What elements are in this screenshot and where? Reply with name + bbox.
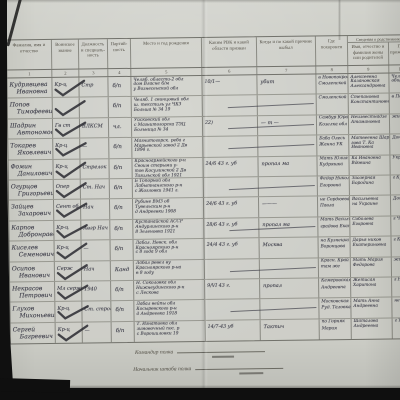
cell-party: б/п — [111, 301, 134, 321]
cell-relatives: Дарья никовЕкатериновна — [350, 237, 391, 257]
cell-burial-place: Московская РусьРуд. Таловка — [319, 298, 351, 318]
birthplace-line: с Лескова — [134, 291, 204, 297]
column-header-4: Партий- ность — [108, 39, 131, 68]
name-line-1: Огурцов — [9, 180, 53, 191]
cell-relatives-address: Укр — [390, 155, 400, 175]
address-line: Донб — [391, 196, 400, 203]
cell-name: ШадринАвтономович — [8, 119, 53, 139]
cell-party: б/п — [110, 220, 133, 240]
birthplace-line: с Жогловки 1941 г. — [133, 189, 203, 195]
drafted-by-text: 24/6 43 г. уб — [203, 157, 257, 167]
pencil-checkmark — [53, 100, 90, 119]
cell-birthplace: Лабал. Невск. облКрасноярского р-нс 8 го… — [134, 239, 205, 259]
cell-rank: Кр-ц — [53, 139, 80, 159]
name-line-2: Григорьевич — [9, 190, 53, 198]
loss-date-text: убит — [257, 74, 315, 85]
party-text: б/п — [111, 281, 133, 293]
cell-relatives-address: г Тер — [393, 318, 400, 339]
name-line-2: Семенович — [10, 251, 54, 259]
cell-party: б/п — [110, 179, 133, 199]
address-line: г Куз — [391, 175, 400, 182]
scanned-document-page: Фамилия, имя и отчествоВоинское званиеДо… — [0, 0, 400, 400]
cell-loss-date: Тактич — [261, 319, 320, 340]
cell-rank: Кр-ц — [56, 322, 83, 343]
name-line-2: Данилович — [9, 169, 53, 177]
cell-name: НекрасовПетрович — [10, 282, 55, 302]
cell-loss-date — [260, 299, 319, 319]
cell-loss-date: — т — — [258, 115, 317, 135]
relatives-line: Александровна — [349, 85, 389, 90]
cell-birthplace: Н. Соколовка облНижнеудинского р-нс Леск… — [134, 280, 205, 300]
cell-burial-place: Мать ЮлияКудряшка — [317, 156, 349, 176]
drafted-by-text: 9/VI 43 г. — [205, 279, 259, 289]
relatives-group-header: Сведения о родственникахИмя, отчество и … — [348, 35, 400, 65]
column-number-9: 9 — [348, 66, 389, 74]
column-header-8: Где похоронен — [316, 36, 348, 65]
burial-line: Мать Василия — [318, 217, 349, 224]
cell-party: б/п — [111, 240, 134, 260]
address-line: жив — [390, 114, 400, 121]
cell-relatives-address: жив — [390, 114, 400, 134]
cell-rank: Кр-ц — [55, 241, 82, 261]
burial-line: там же — [319, 264, 350, 271]
loss-date-text: ——— — [259, 197, 317, 208]
relatives-line: Константиновна — [349, 100, 389, 105]
name-line-2: Иванович — [10, 271, 54, 279]
cell-drafted-by: 24/6 43 г. уб — [203, 157, 258, 177]
name-line-2: Захарович — [9, 210, 53, 218]
cell-relatives: СтепановнаКонстантиновна — [349, 94, 390, 114]
cell-relatives-address: г Ко — [391, 236, 400, 256]
cell-loss-date — [260, 258, 319, 278]
cell-relatives-address: г Куз — [391, 175, 400, 195]
cell-relatives-address: г Чел — [391, 216, 400, 236]
name-line-2: Ивановна — [8, 88, 52, 96]
burial-line: Егоровна — [318, 182, 349, 189]
cell-birthplace: Красноармейского р-нСвоим старыми у-тов … — [132, 158, 203, 178]
cell-rank — [53, 98, 80, 118]
cell-rank: Гв ст — [53, 118, 80, 138]
birthplace-line: 8 Зеленовка 1921 — [133, 230, 203, 236]
name-line-2: Яковлевич — [8, 149, 52, 157]
pencil-checkmark — [54, 202, 90, 220]
party-text: б/п — [112, 322, 134, 334]
name-line-1: Некрасов — [10, 282, 54, 293]
party-text: б/п — [110, 220, 132, 232]
relatives-line: Екатериновна — [351, 243, 391, 248]
name-line-2: Автономович — [8, 129, 52, 137]
relatives-line: Егоровна — [350, 223, 390, 228]
column-number-4: 4 — [108, 69, 131, 76]
burial-line: Смоленской — [316, 80, 347, 87]
cell-birthplace: Уйсковский облс Магнитогорска ТЭЦБольниц… — [132, 117, 203, 137]
party-text: б/п — [110, 199, 132, 211]
relatives-line: Андреевна — [352, 325, 392, 330]
cell-burial-place: в НовопокровкеСмоленской — [316, 74, 348, 94]
cell-relatives-address: в Пе — [390, 94, 400, 114]
name-line-2: Тимофеевич — [8, 108, 52, 116]
cell-name: КарповДобронравович — [9, 221, 54, 241]
cell-birthplace: Челяб. области-2 облдом Власне 6/му Возн… — [131, 76, 202, 96]
cell-rank: Мл серж — [55, 281, 82, 301]
vertical-fold-crease — [201, 0, 208, 400]
pencil-checkmark — [55, 263, 92, 282]
cell-burial-place: Красн. Крайтам же — [319, 258, 351, 278]
cell-loss-date: Москва — [260, 238, 319, 258]
cell-relatives-address: жив — [392, 257, 400, 277]
relatives-line: Ивановна — [349, 146, 389, 151]
document-content: Фамилия, имя и отчествоВоинское званиеДо… — [0, 0, 400, 400]
burial-line: Воронцова — [319, 244, 350, 251]
cell-drafted-by: 28/6 43 г. уб — [204, 218, 259, 238]
name-line-1: Токарев — [8, 139, 52, 150]
cell-party: чл. — [109, 118, 132, 138]
commander-signature-mark — [212, 356, 234, 358]
cell-relatives: СоболеваЕгоровна — [350, 216, 391, 236]
column-number-10: 10 — [389, 65, 400, 72]
cell-relatives: НеизвестнадзеАтамановна — [349, 114, 390, 134]
pencil-checkmark — [54, 242, 91, 262]
loss-date-text: Москва — [260, 238, 318, 249]
burial-line: Кемеровская — [319, 278, 350, 285]
cell-relatives-address: г Но — [392, 277, 400, 297]
pencil-checkmark — [55, 303, 92, 322]
relatives-line: на Украине — [350, 202, 390, 207]
drafted-by-text: 14/7-43 уб — [206, 320, 260, 330]
cell-name: ОсиповИванович — [10, 261, 55, 281]
relatives-line: Федорова — [351, 263, 391, 268]
pencil-checkmark — [53, 160, 90, 180]
address-line: не и — [392, 297, 400, 304]
cell-rank: Серж — [55, 261, 82, 281]
loss-date-text: пропал ма — [258, 156, 316, 167]
cell-burial-place: на КузнецкаВоронцова — [319, 237, 351, 257]
cell-name: ЗайцевЗахарович — [9, 200, 54, 220]
chief-of-staff-label: Начальник штаба полка — [133, 366, 191, 373]
cell-relatives: ШаталоваАндреевна — [352, 318, 393, 339]
burial-line: не Сордюева — [318, 196, 349, 203]
burial-line: в Новопокровке — [316, 74, 347, 81]
cell-loss-date: пропал — [260, 278, 319, 298]
cell-loss-date — [258, 136, 317, 156]
relatives-line: Харитона — [351, 284, 391, 289]
column-header-7: Когда и по какой причине выбыл — [257, 36, 316, 66]
cell-drafted-by — [205, 259, 260, 279]
cell-relatives: АлексеевнаКазановскаяАлександровна — [348, 74, 389, 94]
cell-relatives-address: не и — [392, 297, 400, 317]
cell-burial-place: не СордюеваПавла — [318, 196, 350, 216]
relatives-line: Вдовина — [350, 161, 390, 166]
cell-relatives: Мать АннаАндреевна — [351, 298, 392, 318]
scan-black-edge-bottom-left — [0, 378, 70, 393]
burial-line: на Кузнецка — [319, 237, 350, 244]
name-line-1: Киселев — [10, 241, 54, 252]
address-line: в Пе — [390, 94, 400, 101]
name-line-2: Михоньевич — [10, 312, 54, 320]
burial-line: Баба Олесь — [317, 135, 348, 142]
cell-rank: Кр-ц — [54, 220, 81, 240]
burial-line: Мария — [320, 325, 351, 332]
birthplace-line: с Ворошиловки 19 — [135, 332, 205, 338]
pencil-checkmark — [55, 323, 92, 343]
cell-birthplace: Рубине ВМЗ обТувельским р-нд Андреевки 1… — [133, 198, 204, 218]
cell-rank: Опер — [54, 180, 81, 200]
name-line-1: Фомин — [8, 159, 52, 170]
pencil-checkmark — [52, 79, 89, 99]
loss-date-text: пропал — [260, 278, 318, 289]
party-text: чл. — [109, 118, 131, 130]
address-line: г Но — [392, 277, 400, 284]
cell-burial-place: КемеровскаяАндреевна — [319, 278, 351, 298]
cell-relatives: ЖетисаяХаритона — [351, 277, 392, 297]
cell-name: ГлуховМихоньевич — [10, 302, 55, 322]
cell-drafted-by: 9/VI 43 г. — [205, 279, 260, 299]
cell-relatives: ЗаозернаяБородина — [350, 175, 391, 195]
cell-relatives: Ка ИвановнаВдовина — [349, 155, 390, 175]
column-number-2: 2 — [52, 70, 79, 77]
address-line: г Ко — [391, 236, 400, 243]
party-text: Канд — [111, 260, 133, 272]
name-line-1: Осипов — [10, 261, 54, 272]
cell-birthplace: Б Топорной облЛабытнангского р-нс Жоглов… — [133, 178, 204, 198]
address-line: жив — [392, 257, 400, 264]
party-text: б/п — [109, 158, 131, 170]
column-number-8: 8 — [316, 66, 348, 73]
cell-party: б/п — [109, 158, 132, 178]
cell-name: ОгурцовГригорьевич — [9, 180, 54, 200]
drafted-by-text: 28/6 43 г. уб — [204, 218, 258, 228]
burial-line: Руд. Таловка — [319, 305, 350, 312]
loss-date-text: Тактич — [261, 319, 319, 330]
pencil-checkmark — [53, 140, 90, 159]
burial-line: Андреевна — [319, 284, 350, 291]
party-text: б/п — [109, 138, 131, 150]
party-text: б/п — [110, 179, 132, 191]
cell-name: ТокаревЯковлевич — [8, 139, 53, 159]
name-line-1: Карпов — [9, 221, 53, 232]
cell-drafted-by: 24/4 43 г. уб — [205, 238, 260, 258]
address-line: Дон — [390, 134, 400, 141]
cell-birthplace: Лабал вейпы облКосыревского р-нд Андреев… — [134, 300, 205, 320]
cell-rank: Сент об — [54, 200, 81, 220]
cell-birthplace: Т. Игнатовка облзимовочный пос. рс Ворош… — [135, 321, 206, 342]
cell-relatives: Васильевнана Украине — [350, 196, 391, 216]
drafted-by-text: 10/1— — [202, 75, 256, 85]
cell-birthplace: Лабал ревел вуКрасноярского р-нав 8 году — [134, 259, 205, 279]
column-number-7: 7 — [257, 66, 316, 74]
cell-name: СергейБагреевич — [11, 323, 56, 344]
name-line-1: Зайцев — [9, 200, 53, 211]
cell-burial-place: Федор Никол.Егоровна — [318, 176, 350, 196]
burial-line: Жанна УК — [317, 142, 348, 149]
cell-birthplace: Челяб. 1 свинцовый облш. текстиль ул ЧКЗ… — [132, 96, 203, 116]
chief-signature-mark — [239, 372, 263, 374]
burial-line: градова Екат. — [318, 223, 349, 230]
address-line: г Тер — [393, 318, 400, 325]
burial-line: Самбур Юрае — [317, 115, 348, 122]
name-line-1: Шадрин — [8, 119, 52, 130]
column-number-6: 6 — [202, 67, 257, 75]
column-header-5: Место и год рождения — [131, 38, 202, 68]
cell-party: б/п — [108, 77, 131, 97]
cell-relatives-address: Дон — [390, 134, 400, 154]
top-edge-shadow — [0, 0, 400, 3]
column-header-2: Воинское звание — [52, 40, 79, 69]
cell-name: КудрявцеваИвановна — [7, 78, 52, 98]
cell-relatives: Матвеевна Шаро-гова Т. КаИвановна — [349, 135, 390, 155]
birthplace-line: Больница № 34 — [132, 128, 202, 134]
birthplace-line: 1894 г. — [132, 148, 202, 154]
relatives-line: Бородина — [350, 182, 390, 187]
cell-drafted-by: 24/6 43 г. уб — [204, 198, 259, 218]
cell-party: б/п — [110, 199, 133, 219]
commander-label: Командир полка — [135, 349, 173, 355]
cell-loss-date: пропал ма — [259, 217, 318, 237]
cell-loss-date: ——— — [259, 197, 318, 217]
drafted-by-text: 24/6 43 г. уб — [204, 198, 258, 208]
top-crease — [338, 0, 341, 40]
cell-name: КиселевСеменович — [10, 241, 55, 261]
burial-line: Смоленской обл — [317, 94, 348, 101]
column-header-1: Фамилия, имя и отчество — [7, 40, 52, 70]
column-header-3: Должность и специаль- ность — [79, 39, 108, 68]
cell-loss-date: пропал ма — [258, 156, 317, 176]
cell-loss-date — [259, 176, 318, 196]
birthplace-line: Больша № 34 19 — [132, 108, 202, 114]
cell-rank: Кр-ц — [53, 159, 80, 179]
commander-signature-rule — [177, 351, 265, 353]
cell-relatives: Мать МарияФедорова — [351, 257, 392, 277]
cell-party: б/п — [109, 97, 132, 117]
name-line-2: Добронравович — [9, 231, 53, 239]
cell-party: б/п — [109, 138, 132, 158]
birthplace-line: д Андреевка 1918 — [134, 312, 204, 318]
party-text: б/п — [111, 301, 133, 313]
cell-name: ФоминДанилович — [8, 159, 53, 179]
burial-line: Красн. Край — [319, 258, 350, 265]
pencil-checkmark — [53, 120, 89, 138]
burial-line: Кудряшка — [318, 162, 349, 169]
pencil-checkmark — [54, 222, 91, 241]
party-text: б/п — [111, 240, 133, 252]
column-header-6: Каким РВК и какой области призван — [202, 37, 257, 67]
cell-party: Канд — [111, 260, 134, 280]
burial-line: Козелка обл — [317, 121, 348, 128]
column-number-1: 1 — [7, 70, 52, 78]
pencil-checkmark — [54, 181, 91, 200]
cell-birthplace: Магнитогорск. реба гМарьевской завод 2 Д… — [132, 137, 203, 157]
chief-signature-rule — [195, 368, 283, 370]
address-line: г Чел — [391, 216, 400, 223]
cell-relatives-address: Донб — [391, 196, 400, 216]
burial-line: Павла — [318, 203, 349, 210]
cell-burial-place: по ГорнякМария — [320, 319, 352, 340]
cell-party: б/п — [112, 322, 135, 343]
address-line: общ. — [389, 80, 400, 85]
cell-drafted-by: 10/1— — [202, 75, 257, 95]
name-line-2: Петрович — [10, 292, 54, 300]
birthplace-line: с 8 года 9 обл — [134, 250, 204, 256]
cell-party: б/п — [111, 281, 134, 301]
birthplace-line: д Андреевки 1908 — [133, 210, 203, 216]
column-header-9: Имя, отчество и фамилия жены или родител… — [348, 43, 389, 66]
cell-drafted-by: 14/7-43 уб — [206, 320, 261, 341]
cell-rank: Кр-ц — [55, 302, 82, 322]
cell-burial-place: Самбур ЮраеКозелка обл — [317, 115, 349, 135]
name-line-1: Глухов — [10, 302, 54, 313]
burial-line: Федор Никол. — [318, 176, 349, 183]
column-number-3: 3 — [79, 69, 108, 76]
cell-loss-date: убит — [257, 74, 316, 94]
birthplace-line: в 8 году — [134, 271, 204, 277]
relatives-line: Андреевна — [351, 304, 391, 309]
name-line-2: Багреевич — [11, 333, 55, 341]
birthplace-line: у Вознесенской обл — [132, 87, 202, 93]
cell-burial-place: Мать Василияградова Екат. — [318, 217, 350, 237]
drafted-by-text: 22) — [203, 116, 257, 126]
column-header-10: Где проживают — [389, 42, 400, 64]
cell-birthplace: Кустанайской АССРАндурлинского р-н8 Зеле… — [133, 219, 204, 239]
relatives-subheaders: Имя, отчество и фамилия жены или родител… — [348, 42, 400, 65]
party-text: б/п — [109, 97, 131, 109]
relatives-line: Атамановна — [349, 121, 389, 126]
column-number-5: 5 — [131, 68, 202, 76]
cell-burial-place: Смоленской обл — [317, 94, 349, 114]
cell-loss-date — [258, 95, 317, 115]
drafted-by-text: 24/4 43 г. уб — [205, 238, 259, 248]
pencil-checkmark — [55, 283, 91, 301]
cell-rank: Кр-ц — [52, 78, 79, 98]
name-line-1: Сергей — [11, 323, 55, 334]
party-text: б/п — [108, 77, 130, 89]
cell-burial-place: Баба ОлесьЖанна УК — [317, 135, 349, 155]
cell-name: ПоповТимофеевич — [8, 98, 53, 118]
address-line: Укр — [390, 155, 400, 162]
name-line-1: Кудрявцева — [7, 78, 51, 89]
cell-relatives-address: Челяобщ. — [389, 73, 400, 93]
